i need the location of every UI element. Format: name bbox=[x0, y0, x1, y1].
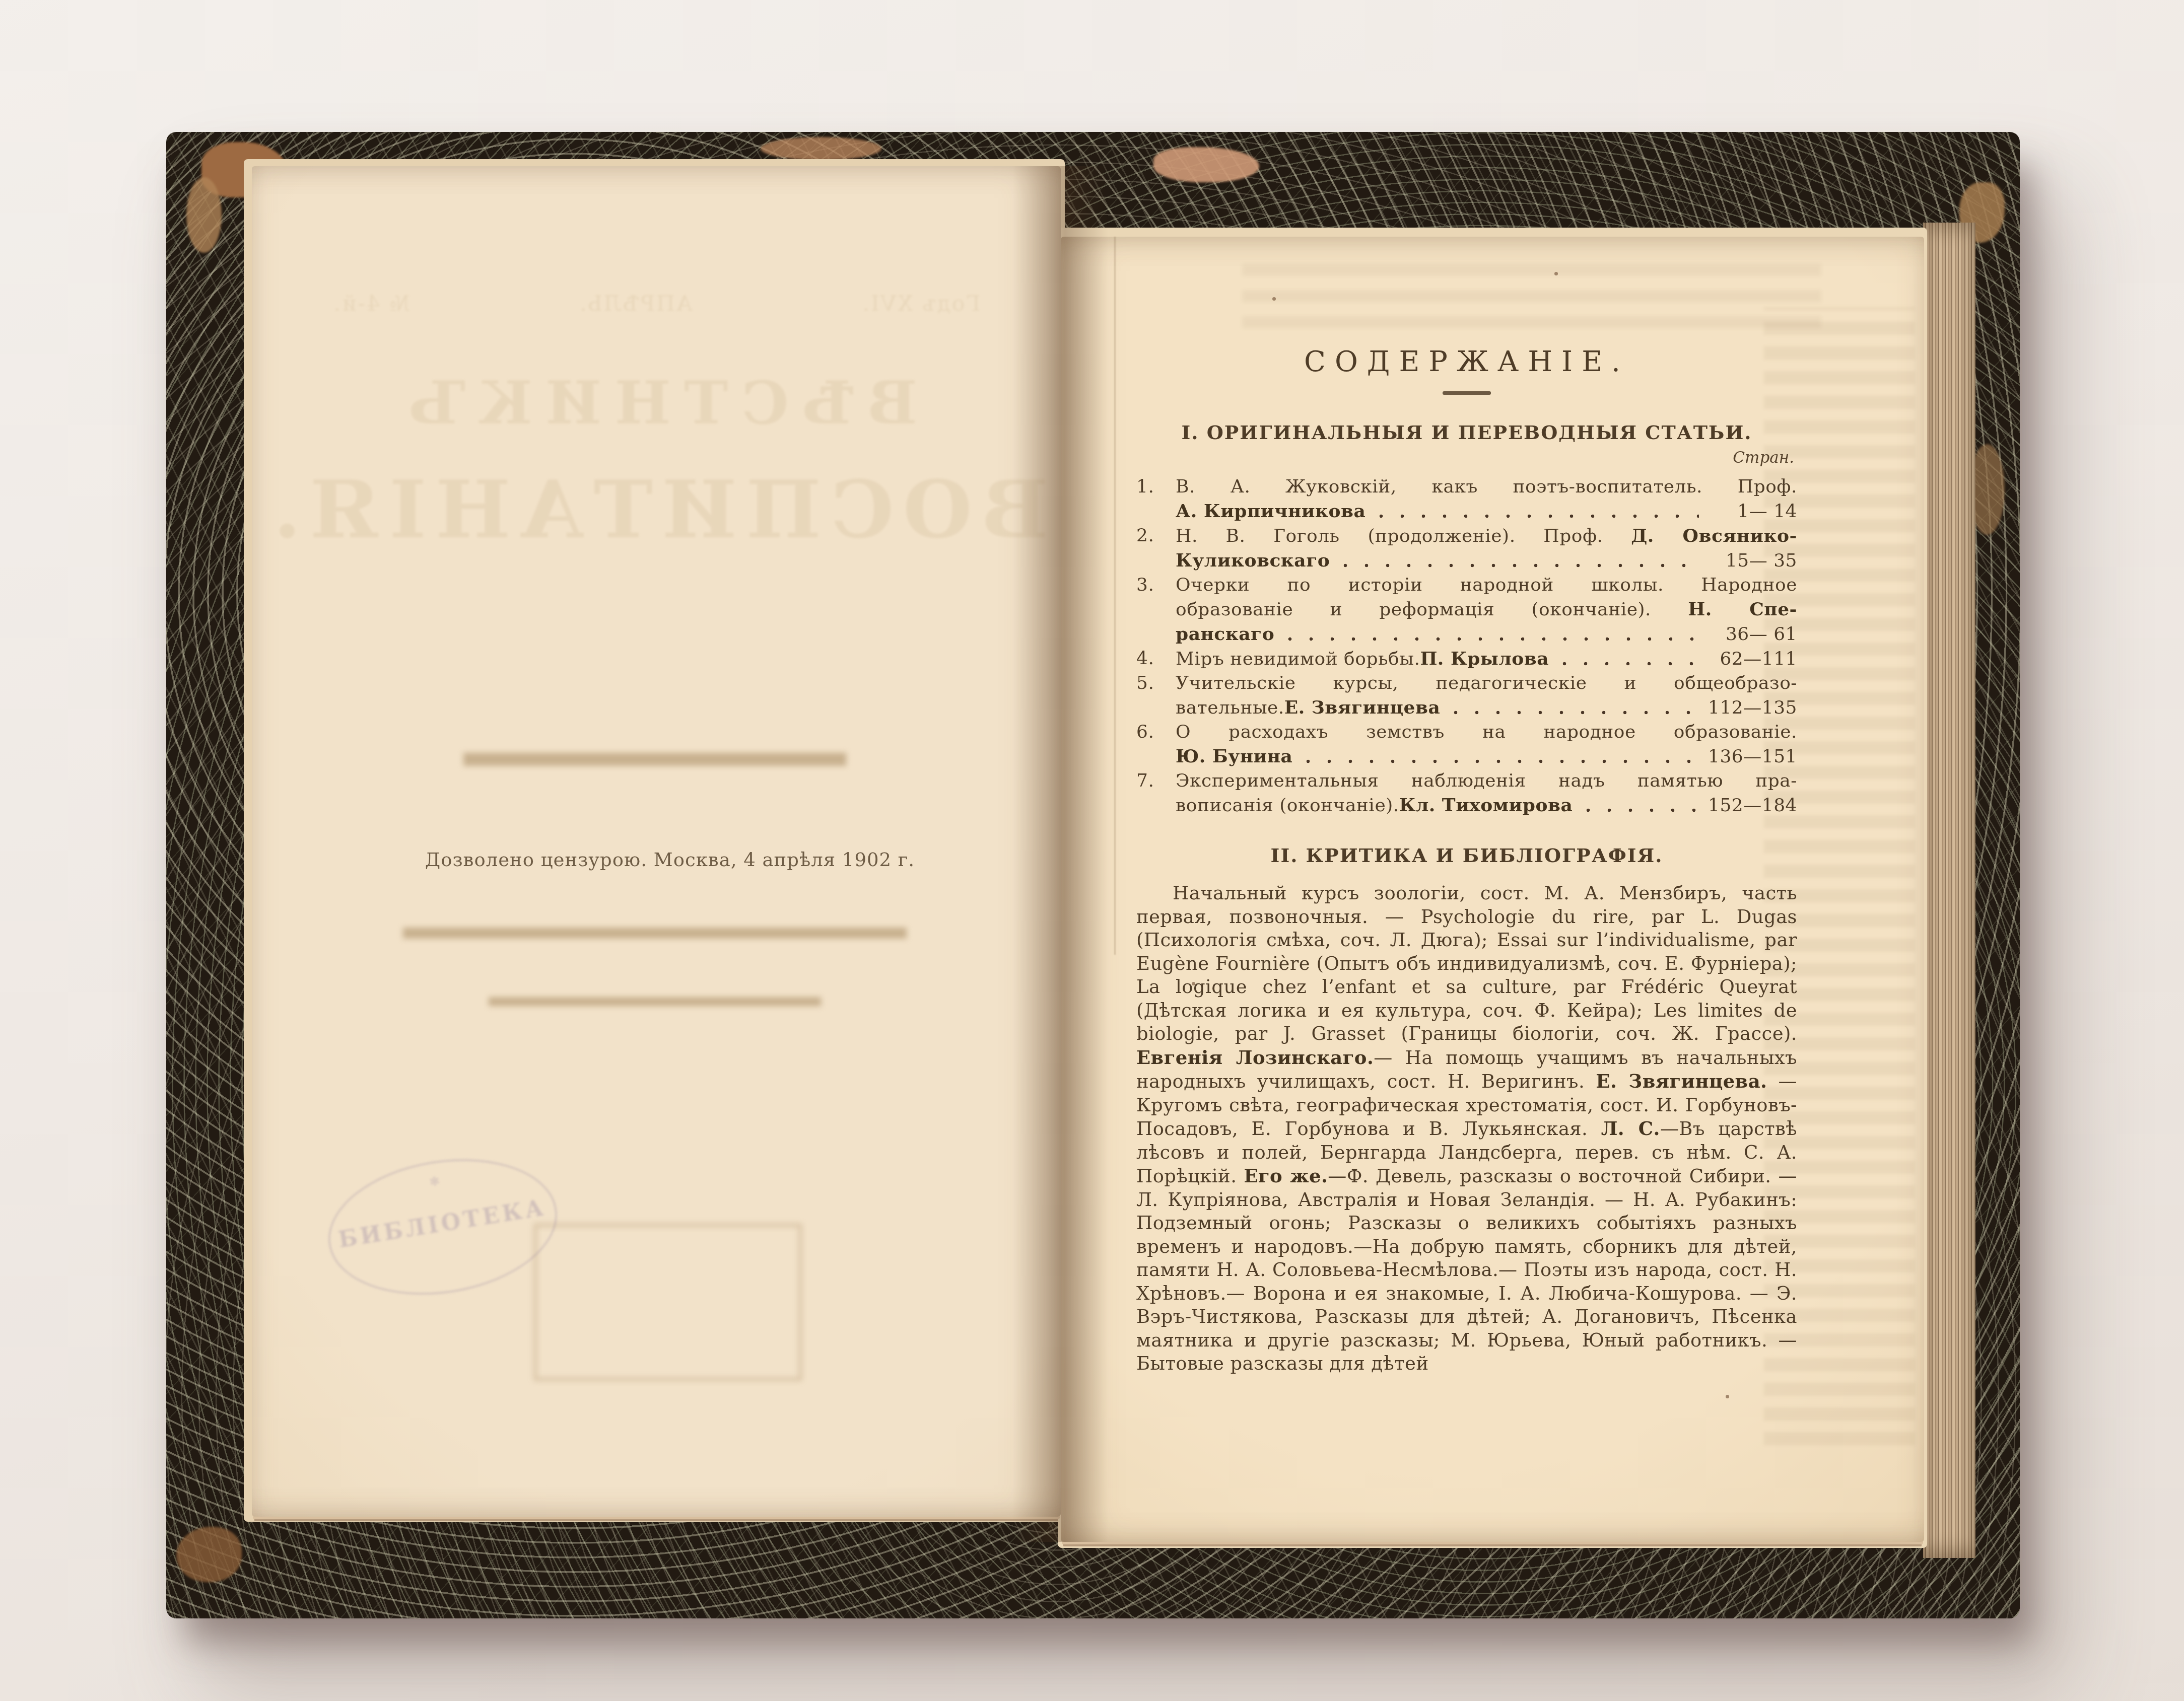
toc-items: 1.В. А. Жуковскій, какъ поэтъ-воспитател… bbox=[1136, 475, 1797, 818]
page-range: 62—111 bbox=[1704, 647, 1797, 671]
toc-item-line: Учительскіе курсы, педагогическіе и обще… bbox=[1176, 671, 1797, 695]
dot-leader bbox=[1554, 660, 1699, 667]
toc-text: Очерки по исторіи народной школы. Народн… bbox=[1176, 575, 1797, 595]
toc-author: П. Крылова bbox=[1420, 647, 1549, 671]
right-page-show-through-top bbox=[1242, 263, 1821, 328]
toc-text: Міръ невидимой борьбы. bbox=[1176, 647, 1420, 671]
toc-item: 3.Очерки по исторіи народной школы. Наро… bbox=[1136, 573, 1797, 647]
dot-leader bbox=[1371, 513, 1699, 520]
show-through-subtitle-smudge bbox=[463, 753, 846, 766]
toc-item-line: Экспериментальныя наблюденія надъ память… bbox=[1176, 769, 1797, 793]
toc-item-line: Міръ невидимой борьбы. П. Крылова62—111 bbox=[1176, 647, 1797, 671]
toc-text: образованіе и реформація (окончаніе). bbox=[1176, 599, 1688, 620]
right-page: СОДЕРЖАНІЕ. I. ОРИГИНАЛЬНЫЯ И ПЕРЕВОДНЫЯ… bbox=[1061, 237, 1924, 1542]
page-range: 36— 61 bbox=[1704, 622, 1797, 647]
cover-tear-top-gutter bbox=[1153, 147, 1259, 182]
censorship-line: Дозволено цензурою. Москва, 4 апрѣля 190… bbox=[418, 849, 922, 871]
toc-author: Н. Спе- bbox=[1688, 599, 1797, 620]
photo-background: Годъ XVI. АПРѢЛЬ. № 4-й. ВѢСТНИКЪ ВОСПИТ… bbox=[0, 0, 2184, 1701]
show-through-month: АПРѢЛЬ. bbox=[578, 291, 692, 316]
library-stamp: ✻ БИБЛІОТЕКА bbox=[318, 1144, 567, 1310]
dot-leader bbox=[1298, 758, 1699, 765]
dot-leader bbox=[1279, 635, 1699, 643]
toc-text: Экспериментальныя наблюденія надъ память… bbox=[1176, 770, 1797, 791]
toc-item-line: вательные. Е. Звягинцева112—135 bbox=[1176, 695, 1797, 720]
toc-item-line: О расходахъ земствъ на народное образова… bbox=[1176, 720, 1797, 744]
toc-author: Д. Овсянико- bbox=[1631, 525, 1797, 546]
toc-text: Н. В. Гоголь (продолженіе). Проф. bbox=[1176, 526, 1631, 546]
paragraph-segment: Евгенія Лозинскаго. bbox=[1136, 1046, 1374, 1069]
title-rule bbox=[1443, 391, 1491, 395]
cover-tear-top-left-2 bbox=[186, 177, 222, 253]
show-through-journal-title-2: ВОСПИТАНІЯ. bbox=[252, 463, 1061, 556]
toc-item-line: вописанія (окончаніе). Кл. Тихомирова152… bbox=[1176, 793, 1797, 818]
toc-item-line: Очерки по исторіи народной школы. Народн… bbox=[1176, 573, 1797, 597]
paragraph-segment: Л. С. bbox=[1601, 1117, 1660, 1140]
dot-leader bbox=[1578, 807, 1699, 814]
toc-text: В. А. Жуковскій, какъ поэтъ-воспитатель.… bbox=[1176, 476, 1797, 497]
show-through-journal-title-1: ВѢСТНИКЪ bbox=[252, 368, 1061, 438]
toc-item-number: 1. bbox=[1136, 475, 1154, 499]
toc-item: 6.О расходахъ земствъ на народное образо… bbox=[1136, 720, 1797, 769]
paragraph-segment: Начальный курсъ зоологіи, сост. М. А. Ме… bbox=[1136, 882, 1797, 1044]
toc-item: 7.Экспериментальныя наблюденія надъ памя… bbox=[1136, 769, 1797, 818]
page-range: 15— 35 bbox=[1704, 549, 1797, 573]
paragraph-segment: Е. Звягинцева. bbox=[1596, 1070, 1767, 1092]
cover-tear-bottom-left bbox=[176, 1527, 242, 1582]
dot-leader bbox=[1335, 562, 1699, 569]
toc-item-number: 6. bbox=[1136, 720, 1154, 744]
show-through-line-smudge bbox=[489, 997, 821, 1006]
pages-column-label: Стран. bbox=[1136, 449, 1794, 467]
cover-tear-top-middle bbox=[761, 137, 881, 160]
toc-item-number: 7. bbox=[1136, 769, 1154, 793]
toc-author: А. Кирпичникова bbox=[1176, 499, 1366, 523]
paragraph-segment: Его же. bbox=[1244, 1165, 1328, 1187]
toc-text: вательные. bbox=[1176, 696, 1284, 720]
toc-item-line: Куликовскаго15— 35 bbox=[1176, 548, 1797, 573]
page-stack-fore-edge bbox=[1923, 223, 1975, 1558]
page-range: 1— 14 bbox=[1704, 500, 1797, 524]
dust-speck bbox=[1726, 1395, 1729, 1398]
paragraph-segment: —Ф. Девель, разсказы о восточной Сибири.… bbox=[1136, 1165, 1797, 1374]
toc-author: ранскаго bbox=[1176, 622, 1274, 646]
page-range: 112—135 bbox=[1704, 696, 1797, 720]
toc-item-number: 3. bbox=[1136, 573, 1154, 597]
page-range: 136—151 bbox=[1704, 745, 1797, 769]
toc-item: 5.Учительскіе курсы, педагогическіе и об… bbox=[1136, 671, 1797, 720]
toc-item-line: образованіе и реформація (окончаніе). Н.… bbox=[1176, 597, 1797, 622]
toc-item-number: 4. bbox=[1136, 647, 1154, 671]
page-title: СОДЕРЖАНІЕ. bbox=[1136, 345, 1797, 378]
page-crease bbox=[1114, 237, 1116, 955]
toc-author: Е. Звягинцева bbox=[1284, 695, 1441, 720]
toc-author: Куликовскаго bbox=[1176, 548, 1330, 573]
left-page: Годъ XVI. АПРѢЛЬ. № 4-й. ВѢСТНИКЪ ВОСПИТ… bbox=[252, 166, 1061, 1517]
toc-content: СОДЕРЖАНІЕ. I. ОРИГИНАЛЬНЫЯ И ПЕРЕВОДНЫЯ… bbox=[1136, 345, 1797, 1376]
toc-item-line: А. Кирпичникова1— 14 bbox=[1176, 499, 1797, 524]
dust-speck bbox=[1272, 297, 1276, 301]
toc-item-line: В. А. Жуковскій, какъ поэтъ-воспитатель.… bbox=[1176, 475, 1797, 499]
section-1-heading: I. ОРИГИНАЛЬНЫЯ И ПЕРЕВОДНЫЯ СТАТЬИ. bbox=[1136, 421, 1797, 444]
toc-author: Ю. Бунина bbox=[1176, 744, 1292, 768]
page-range: 152—184 bbox=[1704, 794, 1797, 818]
toc-item-number: 2. bbox=[1136, 524, 1154, 548]
library-stamp-arc-text: ✻ bbox=[322, 1157, 549, 1206]
toc-item: 4.Міръ невидимой борьбы. П. Крылова62—11… bbox=[1136, 647, 1797, 671]
section-2-heading: II. КРИТИКА И БИБЛІОГРАФІЯ. bbox=[1136, 844, 1797, 867]
library-stamp-center-text: БИБЛІОТЕКА bbox=[328, 1193, 556, 1254]
toc-text: О расходахъ земствъ на народное образова… bbox=[1176, 722, 1797, 742]
dust-speck bbox=[1554, 272, 1558, 275]
show-through-header-row: Годъ XVI. АПРѢЛЬ. № 4-й. bbox=[332, 291, 980, 316]
toc-item-line: Ю. Бунина136—151 bbox=[1176, 744, 1797, 769]
toc-text: Учительскіе курсы, педагогическіе и обще… bbox=[1176, 673, 1797, 693]
toc-item: 2.Н. В. Гоголь (продолженіе). Проф. Д. О… bbox=[1136, 524, 1797, 573]
toc-item: 1.В. А. Жуковскій, какъ поэтъ-воспитател… bbox=[1136, 475, 1797, 524]
show-through-editor-smudge bbox=[403, 928, 907, 939]
toc-item-number: 5. bbox=[1136, 671, 1154, 695]
toc-author: Кл. Тихомирова bbox=[1399, 793, 1573, 817]
toc-item-line: Н. В. Гоголь (продолженіе). Проф. Д. Овс… bbox=[1176, 524, 1797, 548]
show-through-volume: Годъ XVI. bbox=[861, 291, 980, 316]
toc-text: вописанія (окончаніе). bbox=[1176, 794, 1399, 818]
toc-item-line: ранскаго36— 61 bbox=[1176, 622, 1797, 647]
show-through-issue: № 4-й. bbox=[332, 291, 409, 316]
bibliography-paragraph: Начальный курсъ зоологіи, сост. М. А. Ме… bbox=[1136, 882, 1797, 1376]
show-through-table-smudge bbox=[534, 1224, 802, 1381]
dot-leader bbox=[1445, 709, 1699, 716]
